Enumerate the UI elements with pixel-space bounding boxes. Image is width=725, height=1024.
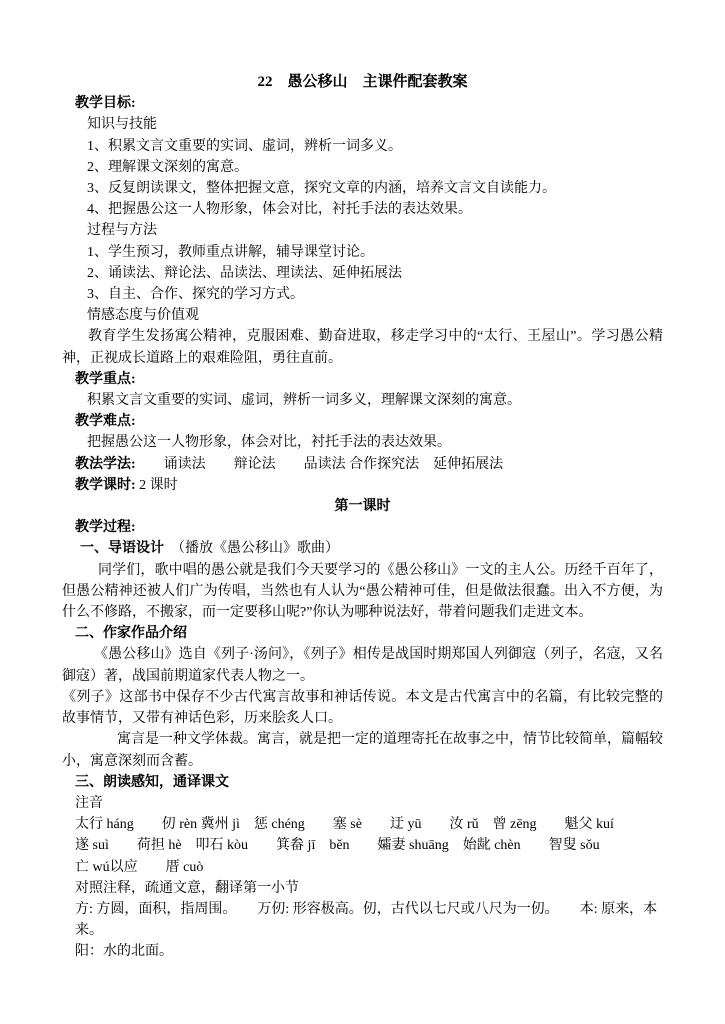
process-methods-label: 过程与方法 xyxy=(62,220,663,241)
reading-section-heading: 三、朗读感知，通译课文 xyxy=(62,772,663,793)
zhuyin-label: 注音 xyxy=(62,793,663,814)
class-periods-label: 教学课时: xyxy=(75,478,136,493)
author-paragraph-3: 寓言是一种文学体裁。寓言，就是把一定的道理寄托在故事之中，情节比较简单，篇幅较小… xyxy=(62,729,663,771)
process-item-1: 1、学生预习，教师重点讲解，辅导课堂讨论。 xyxy=(62,242,663,263)
process-item-2: 2、诵读法、辩论法、品读法、理读法、延伸拓展法 xyxy=(62,263,663,284)
difficult-points-heading: 教学难点: xyxy=(62,411,663,432)
objectives-heading: 教学目标: xyxy=(62,93,663,114)
key-points-heading: 教学重点: xyxy=(62,369,663,390)
teaching-methods-label: 教法学法: xyxy=(75,457,136,472)
difficult-points-text: 把握愚公这一人物形象，体会对比，衬托手法的表达效果。 xyxy=(62,432,663,453)
teaching-process-heading: 教学过程: xyxy=(62,517,663,538)
knowledge-skills-label: 知识与技能 xyxy=(62,114,663,135)
process-item-3: 3、自主、合作、探究的学习方式。 xyxy=(62,284,663,305)
class-periods-value: 2 课时 xyxy=(136,478,178,493)
key-points-text: 积累文言文重要的实词、虚词，辨析一词多义，理解课文深刻的寓意。 xyxy=(62,390,663,411)
document-page: 22 愚公移山 主课件配套教案 教学目标: 知识与技能 1、积累文言文重要的实词… xyxy=(0,0,725,1024)
class-periods-line: 教学课时: 2 课时 xyxy=(62,475,663,496)
author-paragraph-1: 《愚公移山》选自《列子·汤问》，《列子》相传是战国时期郑国人列御寇（列子，名寇，… xyxy=(62,644,663,686)
knowledge-item-1: 1、积累文言文重要的实词、虚词，辨析一词多义。 xyxy=(62,136,663,157)
lesson-one-heading: 第一课时 xyxy=(62,496,663,517)
teaching-methods-list: 诵读法 辩论法 品读法 合作探究法 延伸拓展法 xyxy=(136,457,504,472)
emotion-values-paragraph: 教育学生发扬寓公精神，克服困难、勤奋进取，移走学习中的“太行、王屋山”。学习愚公… xyxy=(62,326,663,368)
emotion-values-label: 情感态度与价值观 xyxy=(62,305,663,326)
knowledge-item-3: 3、反复朗读课文，整体把握文意，探究文章的内涵，培养文言文自读能力。 xyxy=(62,178,663,199)
intro-design-line: 一、导语设计 （播放《愚公移山》歌曲） xyxy=(62,538,663,559)
translate-instruction: 对照注释，疏通文意，翻译第一小节 xyxy=(62,878,663,899)
knowledge-item-4: 4、把握愚公这一人物形象，体会对比，衬托手法的表达效果。 xyxy=(62,199,663,220)
word-note-1: 方: 方圆，面积，指周围。 万仞: 形容极高。仞，古代以七尺或八尺为一仞。 本:… xyxy=(62,899,663,941)
teaching-methods-line: 教法学法: 诵读法 辩论法 品读法 合作探究法 延伸拓展法 xyxy=(62,454,663,475)
document-title: 22 愚公移山 主课件配套教案 xyxy=(62,72,663,93)
pinyin-line-3: 亡 wú以应 厝 cuò xyxy=(62,857,663,878)
intro-design-heading: 一、导语设计 xyxy=(80,541,164,556)
intro-design-note: （播放《愚公移山》歌曲） xyxy=(164,541,339,556)
pinyin-line-1: 太行 háng 仞 rèn 冀州 jì 惩 chéng 塞 sè 迂 yū 汝 … xyxy=(62,814,663,835)
word-note-2: 阳：水的北面。 xyxy=(62,941,663,962)
pinyin-line-2: 遂 suì 荷担 hè 叩石 kòu 箕畚 jī běn 孀妻 shuāng 始… xyxy=(62,835,663,856)
intro-paragraph: 同学们，歌中唱的愚公就是我们今天要学习的《愚公移山》一文的主人公。历经千百年了，… xyxy=(62,560,663,624)
author-works-heading: 二、作家作品介绍 xyxy=(62,623,663,644)
knowledge-item-2: 2、理解课文深刻的寓意。 xyxy=(62,157,663,178)
author-paragraph-2: 《列子》这部书中保存不少古代寓言故事和神话传说。本文是古代寓言中的名篇，有比较完… xyxy=(62,687,663,729)
